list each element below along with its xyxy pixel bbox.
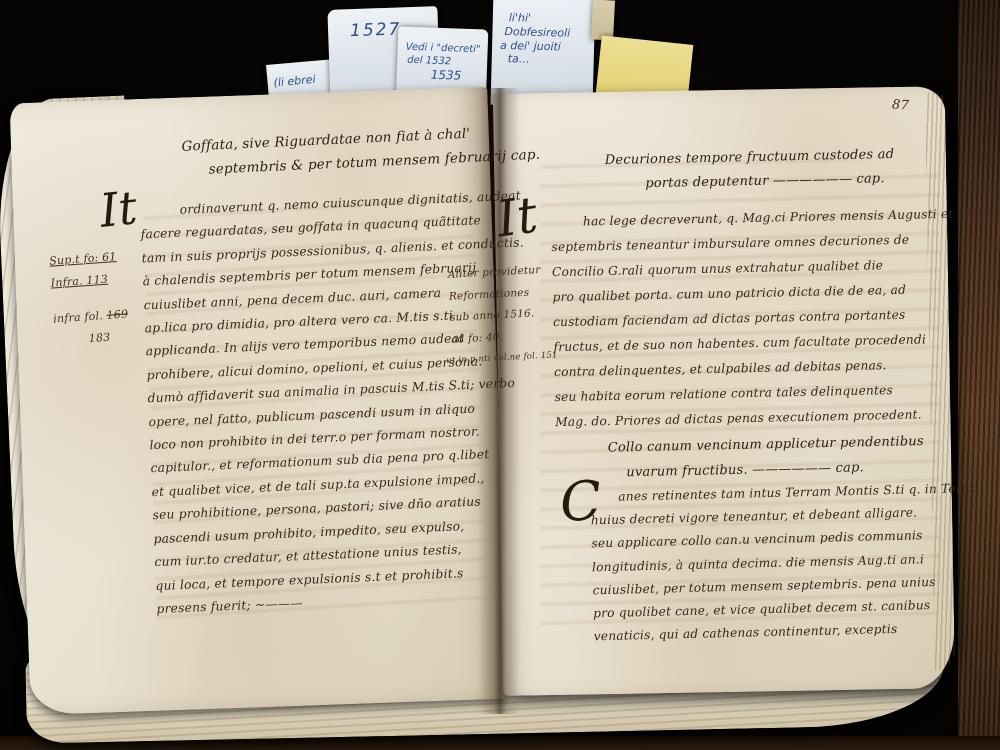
right-chapter1-heading: Decuriones tempore fructuum custodes adp… [555, 142, 946, 198]
margin-note: Infra. 113 [50, 267, 126, 294]
tab-label: (li ebrei [273, 71, 332, 90]
right-chapter2-heading: Collo canum vencinum applicetur pendenti… [608, 428, 954, 485]
right-body-text-1: hac lege decreverunt, q. Mag.ci Priores … [551, 202, 954, 435]
right-margin-notes: Aliter provideturReformationessub anno 1… [447, 259, 558, 372]
text-line: 1535 [430, 68, 486, 85]
left-body-text: ordinaverunt q. nemo cuiuscunque dignita… [139, 186, 504, 622]
right-initial-letter-1: It [493, 185, 541, 248]
manuscript-photo: (li ebrei 1527 Vedi i "decreti"del 15321… [0, 0, 1000, 750]
left-margin-notes: Sup.t fo: 61 Infra. 113 infra fol. 169 1… [49, 246, 131, 353]
struck-folio-number: 169 [106, 307, 128, 321]
wooden-table-edge [958, 0, 1000, 750]
left-initial-letter: It [97, 180, 140, 238]
text-line: ta… [508, 52, 594, 68]
index-tab-libri: li'hi'Dobfesireolia dei' juoitita… [491, 0, 596, 107]
folio-number: 87 [891, 97, 909, 113]
margin-note: 183 [88, 325, 130, 350]
right-body-text-2: anes retinentes tam intus Terram Montis … [590, 478, 950, 649]
index-tab-sliver [591, 0, 615, 41]
